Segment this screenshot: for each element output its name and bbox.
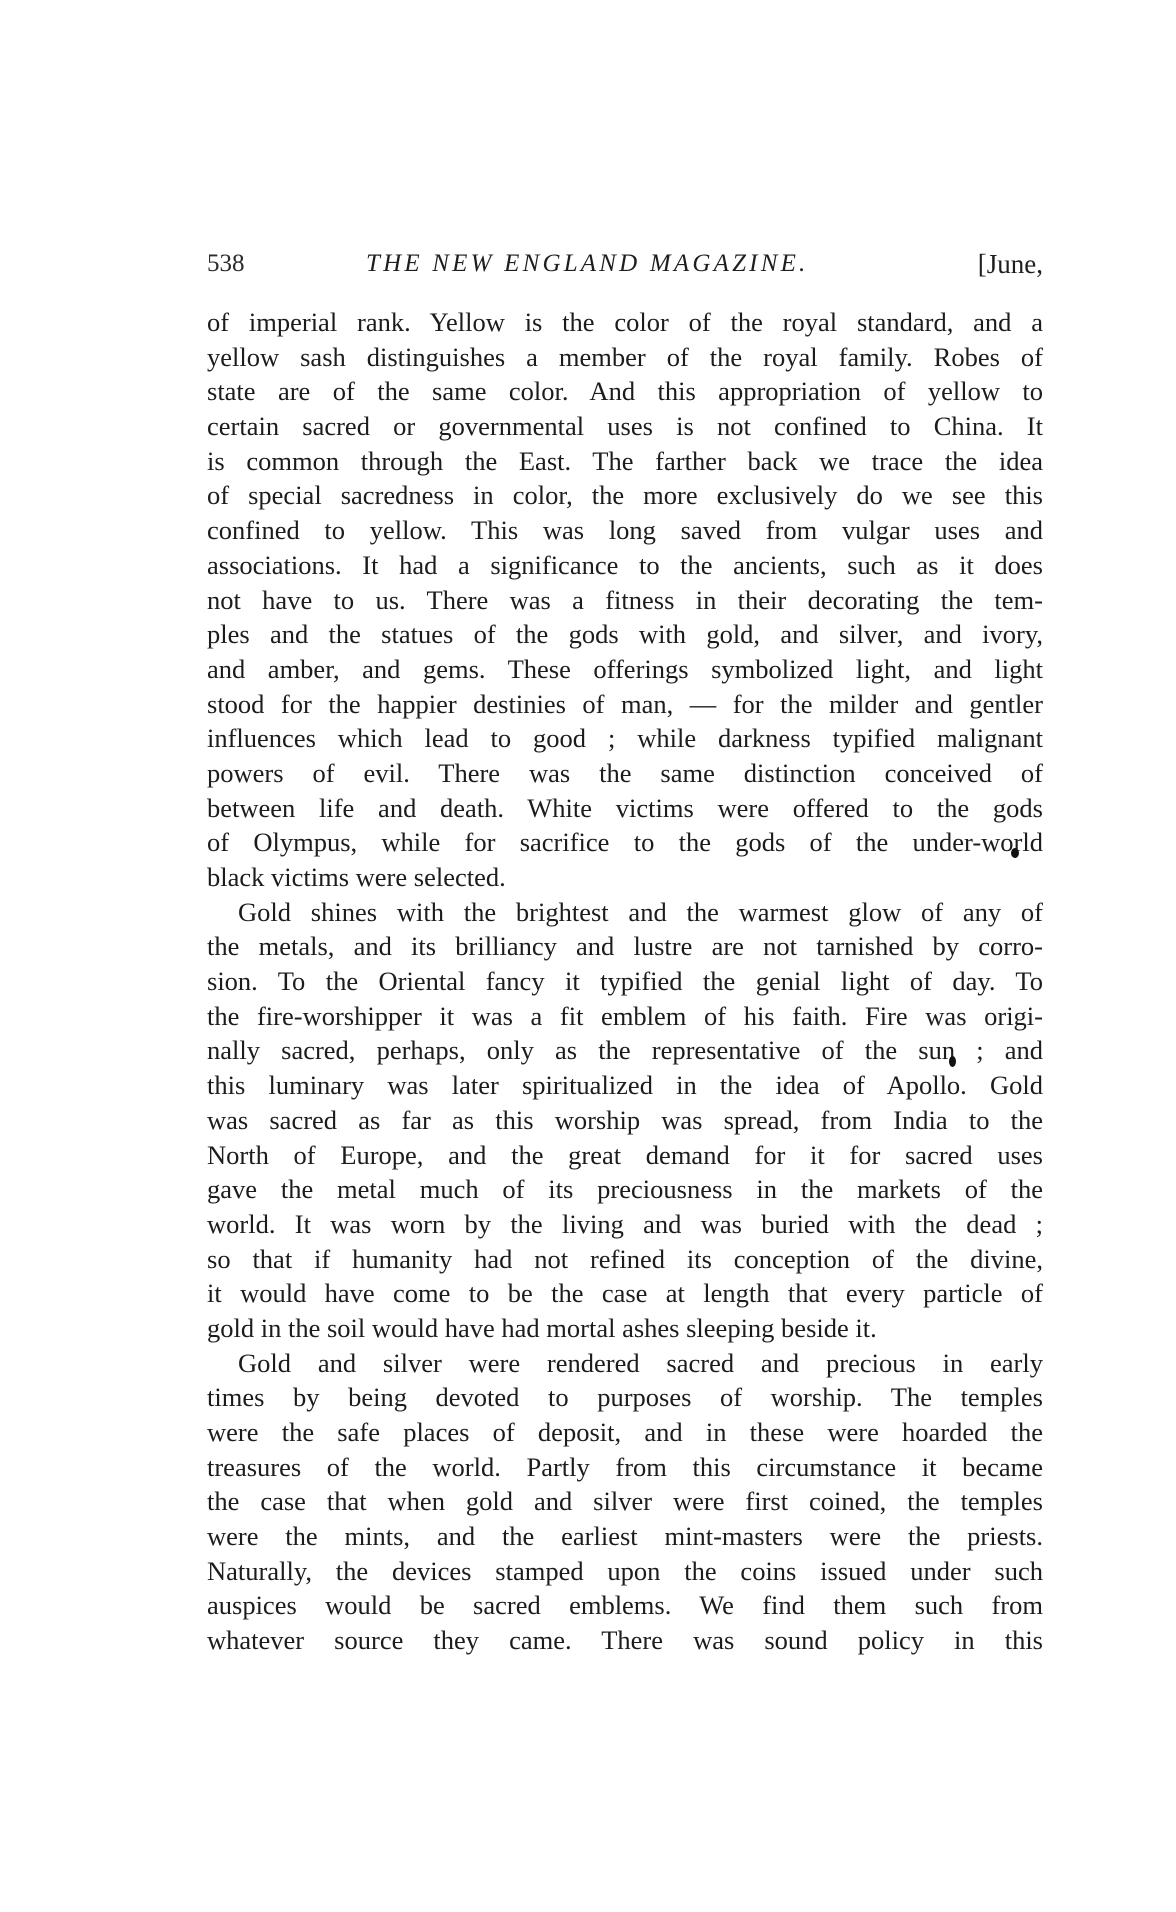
ink-speck bbox=[1011, 848, 1019, 858]
text-line: yellow sash distinguishes a member of th… bbox=[207, 340, 1043, 375]
text-line: of imperial rank. Yellow is the color of… bbox=[207, 305, 1043, 340]
text-line: Naturally, the devices stamped upon the … bbox=[207, 1554, 1043, 1589]
text-line: between life and death. White victims we… bbox=[207, 791, 1043, 826]
text-line: associations. It had a significance to t… bbox=[207, 548, 1043, 583]
text-line: stood for the happier destinies of man, … bbox=[207, 687, 1043, 722]
text-line: so that if humanity had not refined its … bbox=[207, 1242, 1043, 1277]
text-line: North of Europe, and the great demand fo… bbox=[207, 1138, 1043, 1173]
paragraph-1: of imperial rank. Yellow is the color of… bbox=[207, 305, 1043, 895]
issue-month: [June, bbox=[978, 246, 1043, 282]
text-line: nally sacred, perhaps, only as the repre… bbox=[207, 1033, 1043, 1068]
text-line: was sacred as far as this worship was sp… bbox=[207, 1103, 1043, 1138]
ink-speck bbox=[949, 1056, 956, 1067]
text-line: sion. To the Oriental fancy it typified … bbox=[207, 964, 1043, 999]
paragraph-2: Gold shines with the brightest and the w… bbox=[207, 895, 1043, 1346]
text-line: Gold and silver were rendered sacred and… bbox=[207, 1346, 1043, 1381]
text-line: not have to us. There was a fitness in t… bbox=[207, 583, 1043, 618]
text-line: of Olympus, while for sacrifice to the g… bbox=[207, 825, 1043, 860]
text-line: powers of evil. There was the same disti… bbox=[207, 756, 1043, 791]
text-line: gold in the soil would have had mortal a… bbox=[207, 1311, 1043, 1346]
article-body: of imperial rank. Yellow is the color of… bbox=[207, 305, 1043, 1658]
text-line: auspices would be sacred emblems. We fin… bbox=[207, 1588, 1043, 1623]
text-line: and amber, and gems. These offerings sym… bbox=[207, 652, 1043, 687]
text-line: it would have come to be the case at len… bbox=[207, 1276, 1043, 1311]
running-head: 538 THE NEW ENGLAND MAGAZINE. [June, bbox=[207, 246, 1043, 282]
page-number: 538 bbox=[207, 246, 245, 282]
text-line: Gold shines with the brightest and the w… bbox=[207, 895, 1043, 930]
text-line: treasures of the world. Partly from this… bbox=[207, 1450, 1043, 1485]
text-line: of special sacredness in color, the more… bbox=[207, 478, 1043, 513]
text-line: this luminary was later spiritualized in… bbox=[207, 1068, 1043, 1103]
text-line: times by being devoted to purposes of wo… bbox=[207, 1380, 1043, 1415]
text-line: state are of the same color. And this ap… bbox=[207, 374, 1043, 409]
paragraph-3: Gold and silver were rendered sacred and… bbox=[207, 1346, 1043, 1658]
magazine-page: 538 THE NEW ENGLAND MAGAZINE. [June, of … bbox=[0, 0, 1176, 1912]
text-line: world. It was worn by the living and was… bbox=[207, 1207, 1043, 1242]
text-line: certain sacred or governmental uses is n… bbox=[207, 409, 1043, 444]
text-line: the fire-worshipper it was a fit emblem … bbox=[207, 999, 1043, 1034]
text-line: were the safe places of deposit, and in … bbox=[207, 1415, 1043, 1450]
text-line: the metals, and its brilliancy and lustr… bbox=[207, 929, 1043, 964]
text-line: gave the metal much of its preciousness … bbox=[207, 1172, 1043, 1207]
text-line: influences which lead to good ; while da… bbox=[207, 721, 1043, 756]
text-line: the case that when gold and silver were … bbox=[207, 1484, 1043, 1519]
journal-title: THE NEW ENGLAND MAGAZINE. bbox=[366, 246, 809, 282]
text-line: were the mints, and the earliest mint-ma… bbox=[207, 1519, 1043, 1554]
text-line: confined to yellow. This was long saved … bbox=[207, 513, 1043, 548]
text-line: black victims were selected. bbox=[207, 860, 1043, 895]
text-line: ples and the statues of the gods with go… bbox=[207, 617, 1043, 652]
text-line: whatever source they came. There was sou… bbox=[207, 1623, 1043, 1658]
text-line: is common through the East. The farther … bbox=[207, 444, 1043, 479]
